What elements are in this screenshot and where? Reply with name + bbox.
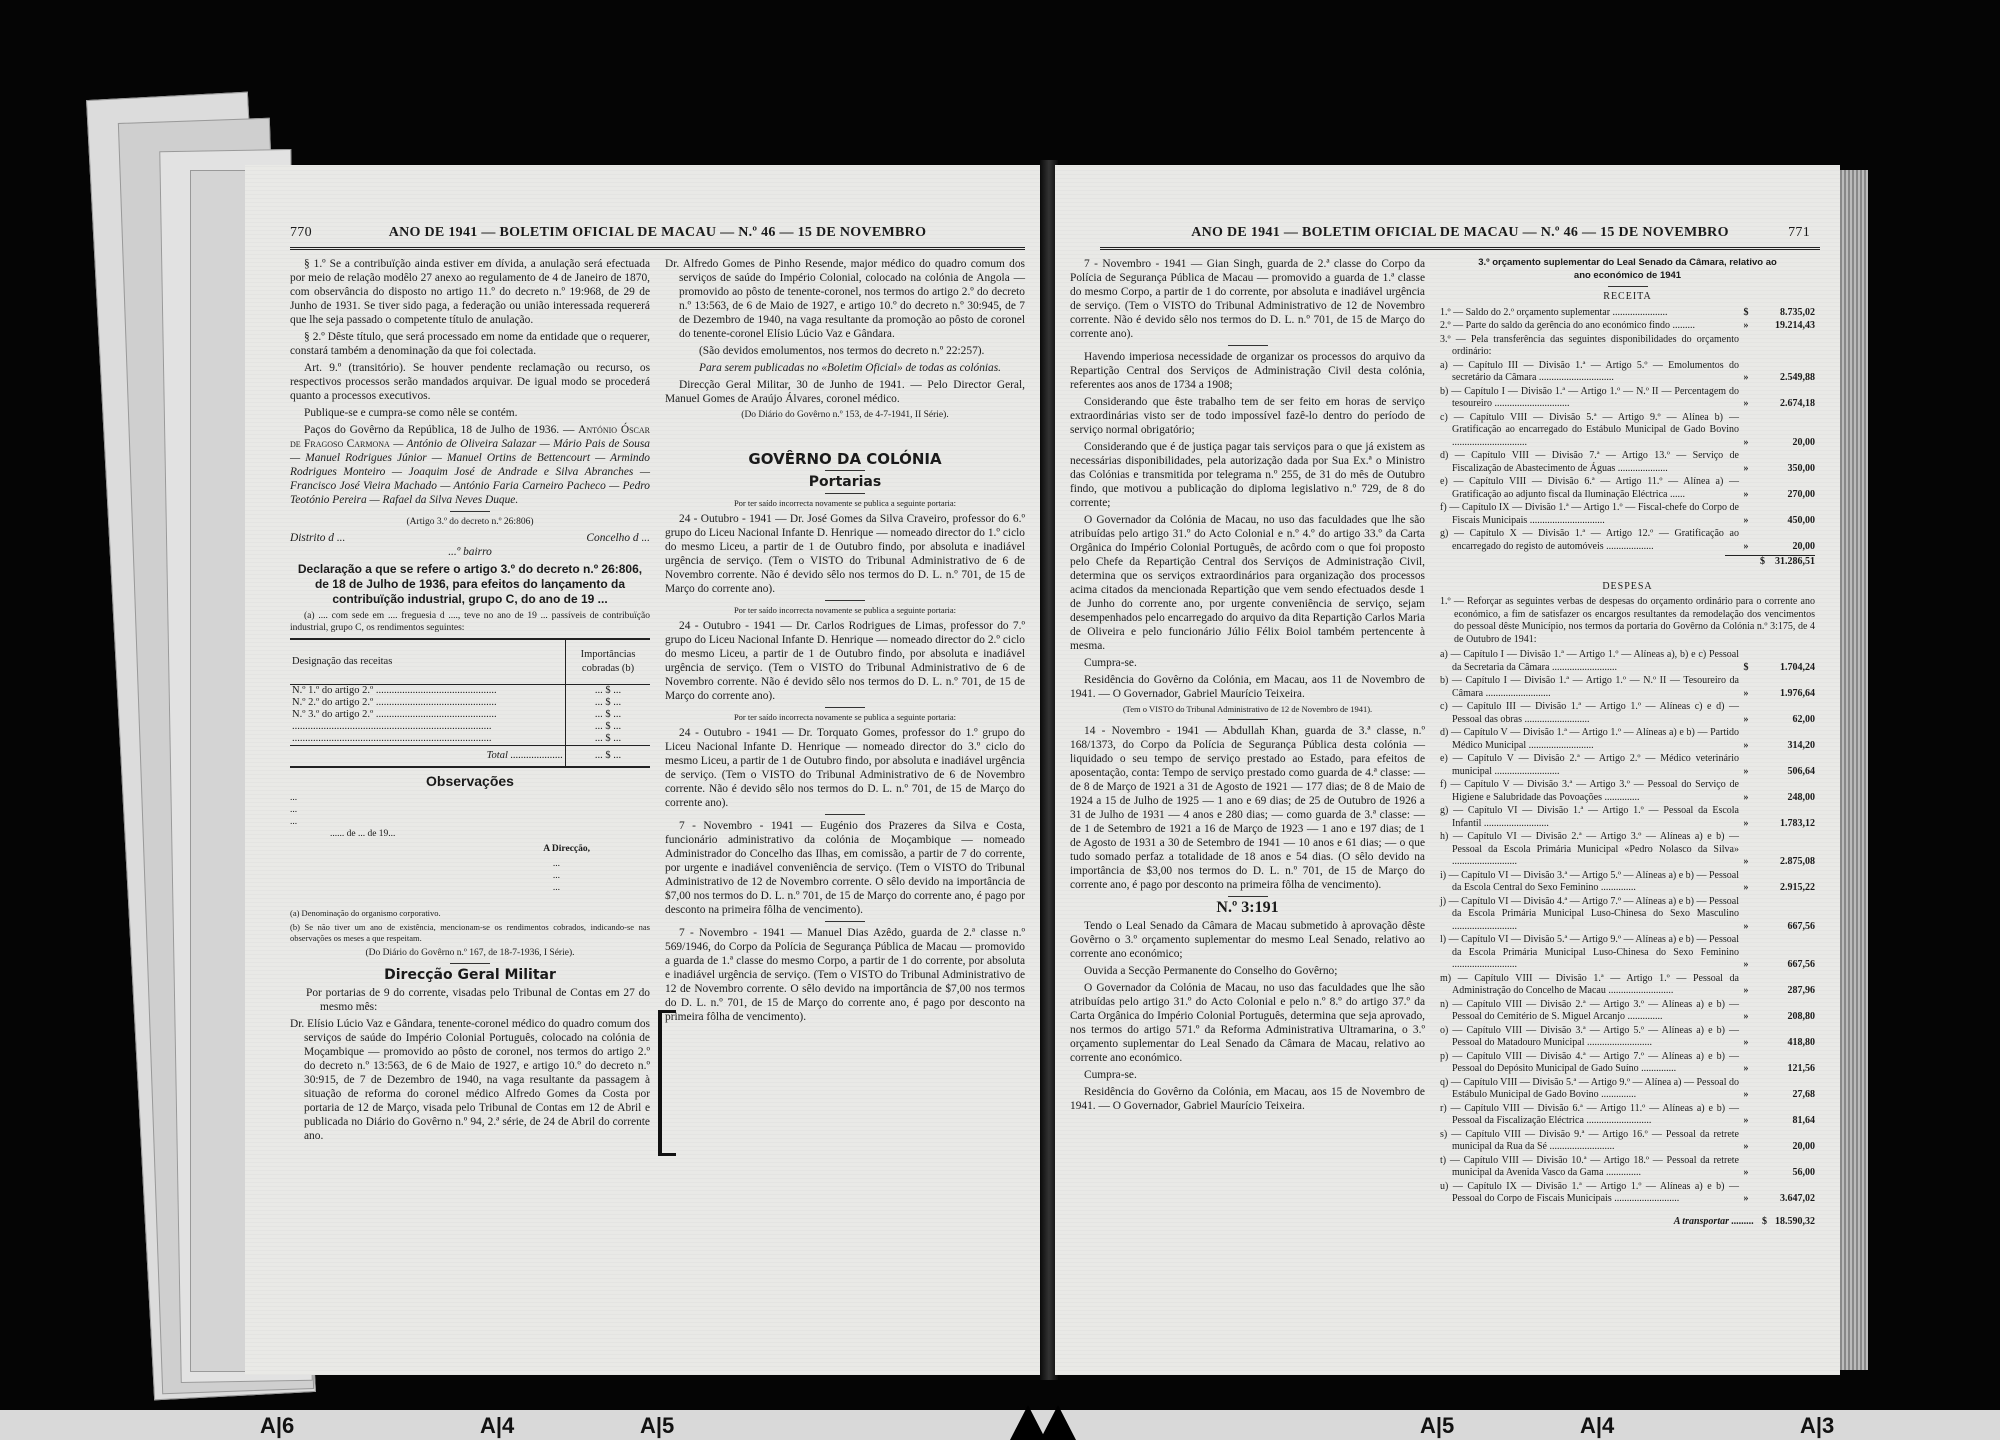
row-label: N.º 2.º do artigo 2.º ..................… (290, 697, 566, 709)
placeholder-line: ... (290, 804, 650, 816)
separator (1228, 896, 1268, 897)
budget-item-description: 2.º — Parte do saldo da gerência do ano … (1440, 320, 1739, 333)
receita-title: RECEITA (1440, 291, 1815, 304)
placeholder-line: ... (290, 870, 560, 882)
section-title-military: Direcção Geral Militar (290, 968, 650, 982)
signature-paragraph: Direcção Geral Militar, 30 de Junho de 1… (665, 378, 1025, 406)
budget-item: d) — Capítulo VIII — Divisão 7.ª — Artig… (1440, 450, 1815, 475)
form-location-row: Distrito d ... Concelho d ... (290, 531, 650, 545)
decree-date: Paços do Govêrno da República, 18 de Jul… (304, 424, 574, 436)
row-value: ... $ ... (566, 685, 651, 698)
table-row: N.º 1.º do artigo 2.º ..................… (290, 685, 650, 698)
table-row: ........................................… (290, 733, 650, 746)
budget-item: b) — Capítulo I — Divisão 1.ª — Artigo 1… (1440, 675, 1815, 700)
budget-item-amount: 2.875,08 (1753, 856, 1815, 869)
currency-symbol: » (1739, 1167, 1753, 1180)
running-head-text: ANO DE 1941 — BOLETIM OFICIAL DE MACAU —… (389, 225, 927, 240)
budget-item: l) — Capítulo VI — Divisão 5.ª — Artigo … (1440, 934, 1815, 972)
row-label: ........................................… (290, 721, 566, 733)
page-number: 771 (1788, 225, 1810, 241)
budget-item-description: 1.º — Saldo do 2.º orçamento suplementar… (1440, 307, 1739, 320)
paragraph: § 1.º Se a contribuïção ainda estiver em… (290, 257, 650, 327)
currency-symbol: » (1739, 766, 1753, 779)
budget-item: j) — Capítulo VI — Divisão 4.ª — Artigo … (1440, 896, 1815, 934)
budget-item: u) — Capítulo IX — Divisão 1.ª — Artigo … (1440, 1181, 1815, 1206)
budget-item: b) — Capítulo I — Divisão 1.ª — Artigo 1… (1440, 386, 1815, 411)
budget-item-description: q) — Capítulo VIII — Divisão 5.ª — Artig… (1440, 1077, 1739, 1102)
separator (1228, 719, 1268, 720)
budget-item: g) — Capítulo X — Divisão 1.ª — Artigo 1… (1440, 528, 1815, 553)
declaration-title: Declaração a que se refere o artigo 3.º … (290, 562, 650, 607)
placeholder-line: ... (290, 882, 560, 894)
placeholder-line: ... (290, 792, 650, 804)
table-row: ........................................… (290, 721, 650, 733)
microfilm-frame-marker: A|5 (640, 1413, 674, 1439)
running-head: 770 ANO DE 1941 — BOLETIM OFICIAL DE MAC… (290, 225, 1025, 247)
budget-item-amount: 2.674,18 (1753, 398, 1815, 411)
currency-symbol: » (1739, 1141, 1753, 1154)
receita-list: 1.º — Saldo do 2.º orçamento suplementar… (1440, 307, 1815, 554)
column-header-designation: Designação das receitas (290, 639, 566, 685)
row-label: ........................................… (290, 733, 566, 746)
budget-item-description: e) — Capítulo V — Divisão 2.ª — Artigo 2… (1440, 753, 1739, 778)
budget-item: i) — Capítulo VI — Divisão 3.ª — Artigo … (1440, 870, 1815, 895)
section-subtitle-portarias: Portarias (665, 475, 1025, 489)
carry-forward: A transportar ......... $ 18.590,32 (1440, 1216, 1815, 1229)
microfilm-frame-marker: A|3 (1800, 1413, 1834, 1439)
currency-symbol: » (1739, 792, 1753, 805)
budget-item-description: b) — Capítulo I — Divisão 1.ª — Artigo 1… (1440, 675, 1739, 700)
separator (825, 600, 865, 601)
currency-symbol: » (1739, 1063, 1753, 1076)
military-promotion: Dr. Alfredo Gomes de Pinho Resende, majo… (665, 257, 1025, 341)
signature-label: A Direcção, (290, 843, 650, 855)
budget-item-amount: 270,00 (1753, 489, 1815, 502)
paragraph: Considerando que é de justiça pagar tais… (1070, 440, 1425, 510)
budget-item-amount: 2.915,22 (1753, 882, 1815, 895)
paragraph: Havendo imperiosa necessidade de organiz… (1070, 350, 1425, 392)
currency-symbol: » (1739, 1089, 1753, 1102)
row-value: ... $ ... (566, 721, 651, 733)
budget-item-amount: 350,00 (1753, 463, 1815, 476)
total-value: ... $ ... (566, 746, 651, 768)
microfilm-frame-marker: A|5 (1420, 1413, 1454, 1439)
column-header-amounts: Importâncias cobradas (b) (566, 639, 651, 685)
paragraph: Considerando que êste trabalho tem de se… (1070, 395, 1425, 437)
budget-item-description: h) — Capítulo VI — Divisão 2.ª — Artigo … (1440, 831, 1739, 869)
budget-item-description: l) — Capítulo VI — Divisão 5.ª — Artigo … (1440, 934, 1739, 972)
budget-item: r) — Capítulo VIII — Divisão 6.ª — Artig… (1440, 1103, 1815, 1128)
budget-item: o) — Capítulo VIII — Divisão 3.ª — Artig… (1440, 1025, 1815, 1050)
budget-item-amount: 248,00 (1753, 792, 1815, 805)
right-column-1: 7 - Novembro - 1941 — Gian Singh, guarda… (1070, 257, 1425, 1116)
budget-item: a) — Capítulo I — Divisão 1.ª — Artigo 1… (1440, 649, 1815, 674)
table-row: N.º 2.º do artigo 2.º ..................… (290, 697, 650, 709)
budget-item: d) — Capítulo V — Divisão 1.ª — Artigo 1… (1440, 727, 1815, 752)
right-page-stack-edge (1838, 170, 1868, 1370)
budget-item-amount: 418,80 (1753, 1037, 1815, 1050)
currency-symbol: » (1739, 856, 1753, 869)
paragraph: Ouvida a Secção Permanente do Conselho d… (1070, 964, 1425, 978)
despesa-title: DESPESA (1440, 581, 1815, 594)
row-value: ... $ ... (566, 697, 651, 709)
receita-total-amount: 31.286,51 (1775, 556, 1815, 569)
currency-symbol: » (1739, 921, 1753, 934)
running-head: ANO DE 1941 — BOLETIM OFICIAL DE MACAU —… (1100, 225, 1820, 247)
quarter-field: ...º bairro (290, 545, 650, 559)
footnote-b: (b) Se não tiver um ano de existência, m… (290, 922, 650, 944)
visto-note: (Tem o VISTO do Tribunal Administrativo … (1070, 704, 1425, 715)
budget-item-amount: 1.704,24 (1753, 662, 1815, 675)
paragraph: Art. 9.º (transitório). Se houver penden… (290, 361, 650, 403)
currency-symbol: » (1739, 959, 1753, 972)
budget-item: 2.º — Parte do saldo da gerência do ano … (1440, 320, 1815, 333)
declaration-intro: (a) .... com sede em .... freguesia d ..… (290, 610, 650, 634)
currency-symbol: » (1739, 437, 1753, 450)
running-head-text: ANO DE 1941 — BOLETIM OFICIAL DE MACAU —… (1191, 225, 1729, 240)
total-label: Total .................... (290, 746, 566, 768)
form-reference: (Artigo 3.º do decreto n.º 26:806) (290, 516, 650, 528)
currency-symbol: $ (1739, 662, 1753, 675)
military-intro: Por portarias de 9 do corrente, visadas … (290, 986, 650, 1014)
budget-item-amount: 8.735,02 (1753, 307, 1815, 320)
budget-item-description: 3.º — Pela transferência das seguintes d… (1440, 334, 1739, 359)
publication-note: Para serem publicadas no «Boletim Oficia… (665, 361, 1025, 375)
currency-symbol: » (1739, 515, 1753, 528)
row-label: N.º 1.º do artigo 2.º ..................… (290, 685, 566, 698)
decree-number: N.º 3:191 (1070, 901, 1425, 915)
budget-item-amount: 20,00 (1753, 541, 1815, 554)
budget-item-amount: 450,00 (1753, 515, 1815, 528)
reprint-note: Por ter saído incorrecta novamente se pu… (665, 605, 1025, 616)
table-total-row: Total ....................... $ ... (290, 746, 650, 768)
budget-item: s) — Capítulo VIII — Divisão 9.ª — Artig… (1440, 1129, 1815, 1154)
row-value: ... $ ... (566, 709, 651, 721)
budget-item-description: n) — Capítulo VIII — Divisão 2.ª — Artig… (1440, 999, 1739, 1024)
currency-symbol: » (1739, 714, 1753, 727)
currency-symbol: » (1739, 1115, 1753, 1128)
budget-item: e) — Capítulo V — Divisão 2.ª — Artigo 2… (1440, 753, 1815, 778)
paragraph: Tendo o Leal Senado da Câmara de Macau s… (1070, 919, 1425, 961)
footnote-a: (a) Denominação do organismo corporativo… (290, 908, 650, 919)
currency-symbol: » (1739, 985, 1753, 998)
row-label: N.º 3.º do artigo 2.º ..................… (290, 709, 566, 721)
currency-symbol: » (1739, 463, 1753, 476)
microfilm-frame-marker: A|6 (260, 1413, 294, 1439)
district-field: Distrito d ... (290, 531, 345, 545)
budget-item-amount: 62,00 (1753, 714, 1815, 727)
source-citation: (Do Diário do Govêrno n.º 153, de 4-7-19… (665, 409, 1025, 421)
carry-total: 18.590,32 (1775, 1216, 1815, 1229)
currency-symbol: » (1739, 740, 1753, 753)
placeholder-line: ... (290, 816, 650, 828)
currency-symbol: » (1739, 1011, 1753, 1024)
observations-lines: ......... (290, 792, 650, 828)
portaria: 7 - Novembro - 1941 — Eugénio dos Prazer… (665, 819, 1025, 917)
microfilm-frame-marker: A|4 (1580, 1413, 1614, 1439)
paragraph: O Governador da Colónia de Macau, no uso… (1070, 981, 1425, 1065)
budget-item: h) — Capítulo VI — Divisão 2.ª — Artigo … (1440, 831, 1815, 869)
header-rule (1100, 247, 1820, 254)
separator (825, 493, 865, 494)
budget-item-amount: 667,56 (1753, 921, 1815, 934)
budget-item-description: b) — Capítulo I — Divisão 1.ª — Artigo 1… (1440, 386, 1739, 411)
receita-total: $ 31.286,51 (1725, 555, 1815, 569)
budget-item-description: e) — Capítulo VIII — Divisão 6.ª — Artig… (1440, 476, 1739, 501)
table-row: N.º 3.º do artigo 2.º ..................… (290, 709, 650, 721)
row-value: ... $ ... (566, 733, 651, 746)
currency-symbol: $ (1760, 556, 1765, 569)
budget-item: m) — Capítulo VIII — Divisão 1.ª — Artig… (1440, 973, 1815, 998)
currency-symbol: » (1739, 320, 1753, 333)
despesa-list: a) — Capítulo I — Divisão 1.ª — Artigo 1… (1440, 649, 1815, 1206)
microfilm-strip (0, 1410, 2000, 1440)
right-column-budget: 3.º orçamento suplementar do Leal Senado… (1440, 257, 1815, 1228)
currency-symbol: » (1739, 882, 1753, 895)
budget-item: e) — Capítulo VIII — Divisão 6.ª — Artig… (1440, 476, 1815, 501)
observations-date: ...... de ... de 19... (290, 828, 650, 840)
currency-symbol: » (1739, 541, 1753, 554)
currency-symbol: $ (1739, 307, 1753, 320)
budget-item-description: i) — Capítulo VI — Divisão 3.ª — Artigo … (1440, 870, 1739, 895)
budget-item-description: p) — Capítulo VIII — Divisão 4.ª — Artig… (1440, 1051, 1739, 1076)
portaria: 24 - Outubro - 1941 — Dr. Torquato Gomes… (665, 726, 1025, 810)
paragraph: Publique-se e cumpra-se como nêle se con… (290, 406, 650, 420)
budget-item-amount: 81,64 (1753, 1115, 1815, 1128)
left-column-1: § 1.º Se a contribuïção ainda estiver em… (290, 257, 650, 1146)
currency-symbol: » (1739, 1037, 1753, 1050)
budget-item-description: o) — Capítulo VIII — Divisão 3.ª — Artig… (1440, 1025, 1739, 1050)
budget-item-amount: 667,56 (1753, 959, 1815, 972)
placeholder-line: ... (290, 858, 560, 870)
portaria: 14 - Novembro - 1941 — Abdullah Khan, gu… (1070, 724, 1425, 892)
handwritten-bracket-mark (658, 1010, 676, 1156)
currency-symbol: » (1739, 372, 1753, 385)
section-title-government: GOVÊRNO DA COLÓNIA (665, 452, 1025, 466)
separator (825, 814, 865, 815)
carry-label: A transportar ......... (1674, 1216, 1754, 1229)
military-promotion: Dr. Elísio Lúcio Vaz e Gândara, tenente-… (290, 1017, 650, 1143)
observations-title: Observações (290, 774, 650, 788)
currency-symbol: » (1739, 1193, 1753, 1206)
separator (825, 470, 865, 471)
microfilm-frame-marker: A|4 (480, 1413, 514, 1439)
left-column-2: Dr. Alfredo Gomes de Pinho Resende, majo… (665, 257, 1025, 1027)
budget-item-description: r) — Capítulo VIII — Divisão 6.ª — Artig… (1440, 1103, 1739, 1128)
reprint-note: Por ter saído incorrecta novamente se pu… (665, 712, 1025, 723)
budget-item-amount: 56,00 (1753, 1167, 1815, 1180)
separator (825, 921, 865, 922)
budget-title: 3.º orçamento suplementar do Leal Senado… (1440, 257, 1815, 282)
budget-item: t) — Capítulo VIII — Divisão 10.ª — Arti… (1440, 1155, 1815, 1180)
portaria: 24 - Outubro - 1941 — Dr. José Gomes da … (665, 512, 1025, 596)
paragraph: Cumpra-se. (1070, 656, 1425, 670)
budget-item-description: d) — Capítulo V — Divisão 1.ª — Artigo 1… (1440, 727, 1739, 752)
budget-item-description: m) — Capítulo VIII — Divisão 1.ª — Artig… (1440, 973, 1739, 998)
budget-item-description: s) — Capítulo VIII — Divisão 9.ª — Artig… (1440, 1129, 1739, 1154)
budget-item-description: f) — Capítulo IX — Divisão 1.ª — Artigo … (1440, 502, 1739, 527)
separator (450, 963, 490, 964)
budget-item-amount: 2.549,88 (1753, 372, 1815, 385)
right-page: ANO DE 1941 — BOLETIM OFICIAL DE MACAU —… (1055, 165, 1840, 1375)
currency-symbol: $ (1762, 1216, 1767, 1229)
portaria: 24 - Outubro - 1941 — Dr. Carlos Rodrigu… (665, 619, 1025, 703)
budget-item-description: t) — Capítulo VIII — Divisão 10.ª — Arti… (1440, 1155, 1739, 1180)
budget-item: n) — Capítulo VIII — Divisão 2.ª — Artig… (1440, 999, 1815, 1024)
page-number: 770 (290, 225, 312, 241)
currency-symbol: » (1739, 489, 1753, 502)
budget-item-description: d) — Capítulo VIII — Divisão 7.ª — Artig… (1440, 450, 1739, 475)
budget-item-description: j) — Capítulo VI — Divisão 4.ª — Artigo … (1440, 896, 1739, 934)
budget-item-description: c) — Capítulo III — Divisão 1.ª — Artigo… (1440, 701, 1739, 726)
signature-paragraph: Residência do Govêrno da Colónia, em Mac… (1070, 1085, 1425, 1113)
budget-item-amount: 208,80 (1753, 1011, 1815, 1024)
budget-item-amount: 27,68 (1753, 1089, 1815, 1102)
portaria: 7 - Novembro - 1941 — Gian Singh, guarda… (1070, 257, 1425, 341)
signature-paragraph: Residência do Govêrno da Colónia, em Mac… (1070, 673, 1425, 701)
separator (825, 707, 865, 708)
paragraph: O Governador da Colónia de Macau, no uso… (1070, 513, 1425, 653)
budget-item: a) — Capítulo III — Divisão 1.ª — Artigo… (1440, 360, 1815, 385)
paragraph: Cumpra-se. (1070, 1068, 1425, 1082)
header-rule (290, 247, 1025, 254)
budget-item-amount: 314,20 (1753, 740, 1815, 753)
budget-item-amount: 20,00 (1753, 1141, 1815, 1154)
separator (450, 511, 490, 512)
revenue-declaration-table: Designação das receitas Importâncias cob… (290, 638, 650, 768)
budget-item: 1.º — Saldo do 2.º orçamento suplementar… (1440, 307, 1815, 320)
portaria: 7 - Novembro - 1941 — Manuel Dias Azêdo,… (665, 926, 1025, 1024)
budget-item: 3.º — Pela transferência das seguintes d… (1440, 334, 1815, 359)
separator (1228, 345, 1268, 346)
budget-item-amount: 20,00 (1753, 437, 1815, 450)
budget-item: g) — Capítulo VI — Divisão 1.ª — Artigo … (1440, 805, 1815, 830)
signatures-paragraph: Paços do Govêrno da República, 18 de Jul… (290, 423, 650, 507)
reprint-note: Por ter saído incorrecta novamente se pu… (665, 498, 1025, 509)
budget-item-amount: 287,96 (1753, 985, 1815, 998)
despesa-intro: 1.º — Reforçar as seguintes verbas de de… (1440, 596, 1815, 646)
source-citation: (Do Diário do Govêrno n.º 167, de 18-7-1… (290, 947, 650, 959)
budget-item: p) — Capítulo VIII — Divisão 4.ª — Artig… (1440, 1051, 1815, 1076)
budget-item-amount: 1.783,12 (1753, 818, 1815, 831)
budget-item-amount: 19.214,43 (1753, 320, 1815, 333)
budget-item-description: f) — Capítulo V — Divisão 3.ª — Artigo 3… (1440, 779, 1739, 804)
separator (1608, 286, 1648, 287)
budget-item-description: a) — Capítulo I — Divisão 1.ª — Artigo 1… (1440, 649, 1739, 674)
budget-item-description: c) — Capítulo VIII — Divisão 5.ª — Artig… (1440, 412, 1739, 450)
paragraph: § 2.º Dêste título, que será processado … (290, 330, 650, 358)
budget-item: c) — Capítulo III — Divisão 1.ª — Artigo… (1440, 701, 1815, 726)
film-triangle-marker (1040, 1405, 1076, 1440)
currency-symbol: » (1739, 398, 1753, 411)
budget-item-amount: 506,64 (1753, 766, 1815, 779)
council-field: Concelho d ... (586, 531, 650, 545)
currency-symbol: » (1739, 688, 1753, 701)
budget-item-description: a) — Capítulo III — Divisão 1.ª — Artigo… (1440, 360, 1739, 385)
budget-item: f) — Capítulo IX — Divisão 1.ª — Artigo … (1440, 502, 1815, 527)
budget-item: q) — Capítulo VIII — Divisão 5.ª — Artig… (1440, 1077, 1815, 1102)
budget-item-description: g) — Capítulo X — Divisão 1.ª — Artigo 1… (1440, 528, 1739, 553)
budget-item: c) — Capítulo VIII — Divisão 5.ª — Artig… (1440, 412, 1815, 450)
budget-item-amount: 121,56 (1753, 1063, 1815, 1076)
budget-item-description: u) — Capítulo IX — Divisão 1.ª — Artigo … (1440, 1181, 1739, 1206)
currency-symbol: » (1739, 818, 1753, 831)
signature-lines: ......... (290, 858, 650, 894)
budget-item-amount: 3.647,02 (1753, 1193, 1815, 1206)
budget-item: f) — Capítulo V — Divisão 3.ª — Artigo 3… (1440, 779, 1815, 804)
budget-item-amount: 1.976,64 (1753, 688, 1815, 701)
emoluments-note: (São devidos emolumentos, nos termos do … (665, 344, 1025, 358)
budget-item-description: g) — Capítulo VI — Divisão 1.ª — Artigo … (1440, 805, 1739, 830)
left-page: 770 ANO DE 1941 — BOLETIM OFICIAL DE MAC… (245, 165, 1045, 1375)
